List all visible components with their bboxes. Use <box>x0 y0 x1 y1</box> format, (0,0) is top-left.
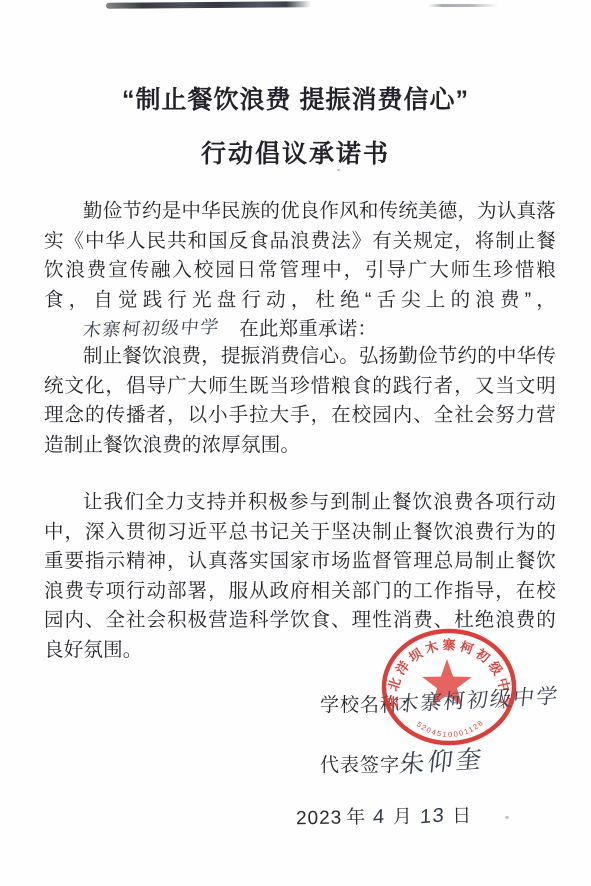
date-line: 2023年4月13日 <box>296 801 477 831</box>
handwritten-day: 13 <box>419 804 445 829</box>
date-month-unit: 月 <box>393 807 413 828</box>
date-year-unit: 年 <box>346 807 366 828</box>
handwritten-signature: 朱仰奎 <box>398 739 487 781</box>
paragraph-2: 制止餐饮浪费，提振消费信心。弘扬勤俭节约的中华传统文化，倡导广大师生既当珍惜粮食… <box>44 342 556 460</box>
document-subtitle: 行动倡议承诺书 <box>0 134 591 170</box>
handwritten-month: 4 <box>373 806 387 830</box>
scan-artifact-smudge <box>106 1 311 8</box>
date-day-unit: 日 <box>452 806 472 827</box>
paragraph-1: 勤俭节约是中华民族的优良作风和传统美德，为认真落实《中华人民共和国反食品浪费法》… <box>44 197 556 345</box>
document-title: “制止餐饮浪费 提振消费信心” <box>0 80 591 116</box>
seal-serial-number: 5204510001128 <box>415 718 486 740</box>
paragraph-1-text-before: 勤俭节约是中华民族的优良作风和传统美德，为认真落实《中华人民共和国反食品浪费法》… <box>44 200 556 311</box>
paragraph-1-text-after: 在此郑重承诺： <box>220 318 378 340</box>
scanned-document-page: “制止餐饮浪费 提振消费信心” 行动倡议承诺书 勤俭节约是中华民族的优良作风和传… <box>0 0 591 886</box>
scan-artifact-speck <box>505 816 509 819</box>
date-year: 2023 <box>296 808 343 830</box>
scan-artifact-smudge <box>428 4 498 7</box>
